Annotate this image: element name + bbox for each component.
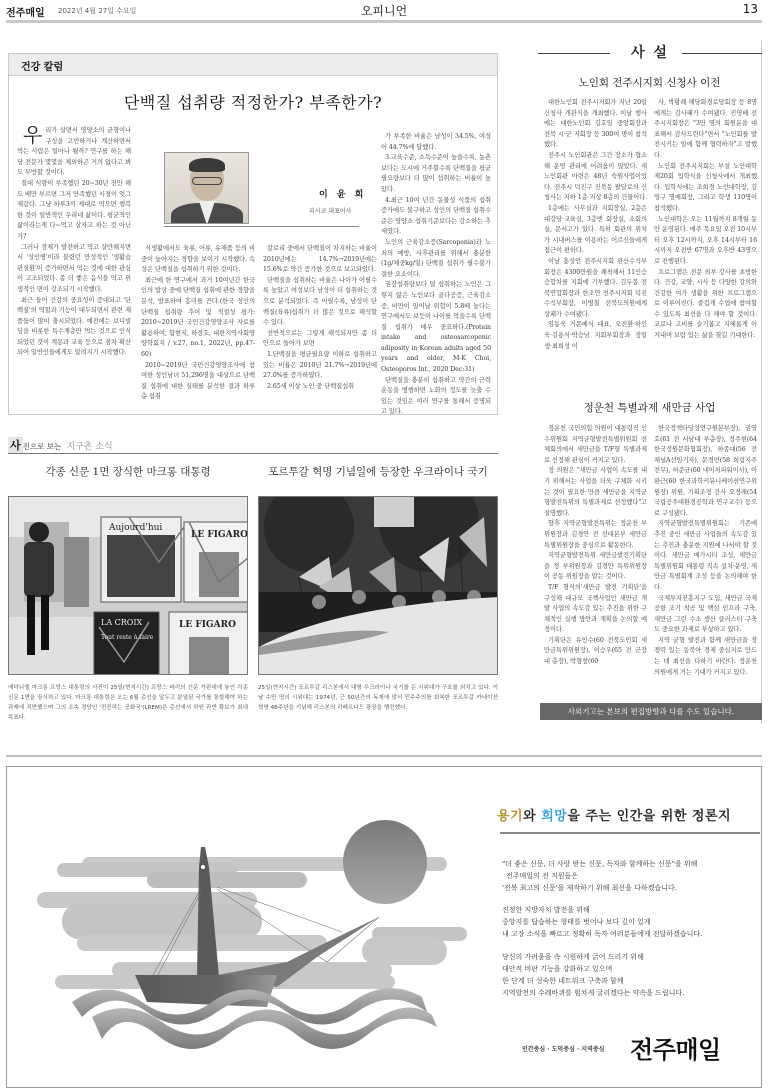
paragraph: 단백질을 충분히 섭취하고 약간의 근력운동을 병행하면 노화의 정도를 늦출 … bbox=[381, 376, 491, 418]
editorial-1-column-1: 대한노인회 전주시지회가 지난 20일 신청사 개관식을 개최했다. 이날 행사… bbox=[544, 98, 647, 352]
slogan-text: 을 주는 인간을 위한 정론지 bbox=[567, 809, 731, 824]
paragraph: 지역 균형 발전과 함께 새만금을 경쟁력 있는 동북아 경제 중심지로 만드는… bbox=[654, 636, 757, 678]
paragraph: 가 부족한 비율은 남성이 34.5%, 여성이 44.7%에 달했다. bbox=[381, 132, 491, 153]
ad-line: 내 고장 소식을 빠르고 정확히 독자 여러분들에게 전달하겠습니다. bbox=[502, 928, 702, 940]
photo-newsstand: Aujourd'hui LE FIGARO LA CROIX Tout rest… bbox=[8, 496, 248, 675]
section-divider bbox=[6, 755, 762, 757]
header-divider bbox=[6, 20, 762, 23]
article-column-1: 우 리가 살면서 영양소의 균형이나 구성을 고민하거나 계산하면서 먹는 사람… bbox=[17, 126, 131, 359]
rally-image bbox=[259, 497, 498, 675]
editorial-section: 사 설 노인회 전주시지회 신청사 이전 대한노인회 전주시지회가 지난 20일… bbox=[538, 40, 762, 724]
paragraph: 최근에 한 연구에서 과거 10여년간 한국인의 밥상 중에 단백질 섭취에 관… bbox=[141, 276, 255, 361]
paragraph: 3.교육수준, 소득수준이 높을수록, 농촌보다는 도시에 거주할수록 단백질을… bbox=[381, 153, 491, 195]
paragraph: 지역균형발전특위 새만금발전기획단을 정 부위원장과 김경안 특위위원장이 공동… bbox=[544, 551, 647, 583]
slogan-hope: 희망 bbox=[541, 809, 567, 824]
paragraph: 정 의원은 "새만금 사업이 속도를 내기 위해서는 사업을 더욱 구체화 시키… bbox=[544, 466, 647, 519]
ad-line: 대안적 비판 기능을 강화하고 있으며 bbox=[502, 963, 684, 975]
slogan-text: 와 bbox=[523, 809, 541, 824]
paragraph: 지역균형발전특별위원회는 기존에 추진 중인 새만금 사업들의 속도감 있는 추… bbox=[654, 519, 757, 593]
byline-divider bbox=[164, 226, 359, 227]
paragraph: 4.최근 10여 년간 동물성 식품의 섭취증가에도 불구하고 성인의 단백질 … bbox=[381, 196, 491, 238]
paragraph: 정운천 국민의힘 의원이 대통령직 인수위원회 지역균형발전특별위원회 전체회의… bbox=[544, 424, 647, 466]
editorial-1-column-2: 사, 박황례 해당화경로당회장 등 8명에게는 감사패가 수여됐다. 진영배 전… bbox=[654, 98, 757, 342]
ad-line: 한 단계 더 성숙한 네트워크 구축과 함께 bbox=[502, 975, 684, 987]
svg-text:LE FIGARO: LE FIGARO bbox=[179, 620, 236, 630]
ad-logo: 전주매일 bbox=[630, 1030, 721, 1065]
header-grey: 지구촌 소식 bbox=[66, 442, 112, 452]
paragraph: T/F 형식의'새만금 발전 기획단'을 구성해 대규모 국책사업인 새만금 개… bbox=[544, 583, 647, 636]
paragraph: 노인대학은 오는 11월까지 8개월 동안 운영된다. 매주 목요일 오전 10… bbox=[654, 215, 757, 268]
paragraph: 노인회 전주시지회는 부설 노인대학 제20회 입학식을 신청사에서 개최했다.… bbox=[654, 162, 757, 215]
paragraph: 향후 지역균형발전특위는 정운천 부위원장과 김경안 전 선대본부 새만금특별위… bbox=[544, 519, 647, 551]
masthead: 전주매일 2022년 4월 27일 수요일 오피니언 13 bbox=[6, 0, 762, 22]
paragraph: 노인의 근육감소증(Sarcopenia)과 노쇠의 예방, 사후관리를 위해서… bbox=[381, 238, 491, 280]
photo-headline-2: 포르투갈 혁명 기념일에 등장한 우크라이나 국기 bbox=[258, 464, 498, 479]
newsstand-image: Aujourd'hui LE FIGARO LA CROIX Tout rest… bbox=[9, 497, 248, 675]
article-column-2: 식생활에서도 육류, 어류, 유제품 등의 비중이 높아지는 경향을 보이기 시… bbox=[141, 244, 255, 403]
paragraph: 단백질을 섭취하는 비율은 나이가 어릴수록 높았고 여성보다 남성이 더 섭취… bbox=[263, 276, 377, 329]
ad-slogan: 용기와 희망을 주는 인간을 위한 정론지 bbox=[497, 805, 731, 824]
svg-text:LA CROIX: LA CROIX bbox=[101, 618, 142, 627]
editorial-header: 사 설 bbox=[538, 40, 762, 64]
paragraph: 식생활에서도 육류, 어류, 유제품 등의 비중이 높아지는 경향을 보이기 시… bbox=[141, 244, 255, 276]
ad-line: 진정한 지방자치 발전을 위해 bbox=[502, 904, 702, 916]
author-title: 피시코 대표이사 bbox=[309, 206, 351, 215]
ad-line: "더 좋은 신문, 더 사랑 받는 신문, 독자와 함께하는 신문"을 위해 bbox=[502, 858, 697, 870]
ad-paragraph-2: 진정한 지방자치 발전을 위해 중앙지를 답습하는 형태를 벗어나 보다 깊이 … bbox=[502, 904, 702, 940]
ad-paragraph-3: 당신의 가려움을 속 시원하게 긁어 드리기 위해 대안적 비판 기능을 강화하… bbox=[502, 951, 684, 999]
article-column-4: 가 부족한 비율은 남성이 34.5%, 여성이 44.7%에 달했다. 3.교… bbox=[381, 132, 491, 418]
section-title: 오피니언 bbox=[6, 2, 762, 19]
paragraph: 1.단백질을 평균필요량 이하로 섭취하고 있는 비율은 2010년 21.7%… bbox=[263, 350, 377, 382]
page-number: 13 bbox=[743, 2, 758, 16]
paragraph: 절대 식량이 부족했던 20~30년 전만 해도 배만 부르면 그저 만족했던 … bbox=[17, 179, 131, 243]
header-small: 진으로 보는 bbox=[23, 442, 62, 451]
article-column-3: 칼로리 중에서 단백질이 차지하는 비율이 2010년에는 14.7%→2019… bbox=[263, 244, 377, 392]
ad-line: 중앙지를 답습하는 형태를 벗어나 보다 깊이 있게 bbox=[502, 916, 702, 928]
health-column: 건강 칼럼 단백질 섭취량 적정한가? 부족한가? 우 리가 살면서 영양소의 … bbox=[8, 53, 498, 415]
editorial-2-column-2: 한국정책타당성연구원본부장), 권영호(61 전 서남대 부총장), 정주현(6… bbox=[654, 424, 757, 678]
ship-illustration bbox=[17, 777, 487, 1077]
svg-text:Aujourd'hui: Aujourd'hui bbox=[108, 523, 162, 533]
paragraph: 그러나 경제가 발전하고 먹고 살만해지면서 '성인병'이라 불렸던 만성적인 … bbox=[17, 243, 131, 296]
paragraph: 전반적으로는 그렇게 해석되지만 좀 더 안으로 들어가 보면 bbox=[263, 329, 377, 350]
paragraph: 칼로리 중에서 단백질이 차지하는 비율이 2010년에는 14.7%→2019… bbox=[263, 244, 377, 276]
column-kicker: 건강 칼럼 bbox=[9, 54, 497, 76]
author-name: 이 윤 희 bbox=[319, 187, 366, 200]
paragraph: 2.65세 이상 노인 중 단백질섭취 bbox=[263, 382, 377, 393]
editorial-headline-2: 정운천 특별과제 새만금 사업 bbox=[538, 400, 761, 415]
header-initial: 사 bbox=[8, 437, 23, 453]
ad-line: 지역발전의 수레바퀴를 힘차게 굴리겠다는 약속을 드립니다. bbox=[502, 987, 684, 999]
paragraph: 전주시 노인회관은 그간 장소가 협소해 운영 관리에 어려움이 많았다. 새 … bbox=[544, 151, 647, 204]
author-photo bbox=[164, 152, 249, 224]
paragraph: 대한노인회 전주시지회가 지난 20일 신청사 개관식을 개최했다. 이날 행사… bbox=[544, 98, 647, 151]
photo-caption-2: 25일(현지시간) 포르투갈 리스본에서 대형 우크라이나 국기를 든 시위대가… bbox=[258, 683, 498, 713]
slogan-courage: 용기 bbox=[497, 809, 523, 824]
paragraph: 이날 홍성언 전주시지회 완산수석부회장은 4300만원을 쾌척해서 11인승 … bbox=[544, 257, 647, 321]
photo-rally bbox=[258, 496, 498, 675]
paragraph: 권장섭취량보다 덜 섭취하는 노인은 그렇지 않은 노인보다 골다공증, 근육감… bbox=[381, 280, 491, 375]
photo-headline-1: 각종 신문 1면 장식한 마크롱 대통령 bbox=[8, 464, 248, 479]
photo-news-header: 사진으로 보는 지구촌 소식 bbox=[8, 434, 498, 454]
paragraph: 한국정책타당성연구원본부장), 권영호(61 전 서남대 부총장), 정주현(6… bbox=[654, 424, 757, 519]
svg-text:Tout reste à faire: Tout reste à faire bbox=[101, 634, 154, 641]
editorial-headline-1: 노인회 전주시지회 신청사 이전 bbox=[538, 75, 761, 90]
photo-caption-1: 에마뉘엘 마크롱 프랑스 대통령의 사진이 25일(현지시간) 프랑스 파리의 … bbox=[8, 683, 248, 723]
ad-motto: 인간중심 · 도덕중심 · 지역중심 bbox=[522, 1044, 604, 1053]
editorial-label: 사 설 bbox=[538, 42, 762, 62]
paragraph: 2010~2019년 국민건강영양조사에 참여한 성인남녀 51,296명을 대… bbox=[141, 361, 255, 403]
ad-line: 전주매일의 전 직원들은 bbox=[502, 870, 697, 882]
editorial-disclaimer: 사외기고는 본보의 편집방향과 다를 수도 있습니다. bbox=[540, 703, 762, 720]
paragraph: 국제투자진흥지구 도입, 새만금 국제공항 조기 착공 및 핵심 인프라 구축,… bbox=[654, 594, 757, 636]
paragraph: 1층에는 사무실과 지회장실, 2층은 대강당·교육실, 3층엔 회장실, 소회… bbox=[544, 204, 647, 257]
paragraph: 최근 들어 건강의 중요성이 증대되고 '단백질'의 역할과 기능이 대두되면서… bbox=[17, 296, 131, 360]
svg-text:LE FIGARO: LE FIGARO bbox=[191, 530, 248, 540]
ad-divider bbox=[500, 832, 760, 834]
paragraph: 사, 박황례 해당화경로당회장 등 8명에게는 감사패가 수여됐다. 진영배 전… bbox=[654, 98, 757, 162]
article-headline: 단백질 섭취량 적정한가? 부족한가? bbox=[9, 90, 497, 113]
dropcap: 우 bbox=[23, 126, 42, 144]
paragraph: 기획단은 유인수(60 전북도민회 새만금특위위원장), 이승우(65 전 군장… bbox=[544, 636, 647, 668]
ad-paragraph-1: "더 좋은 신문, 더 사랑 받는 신문, 독자와 함께하는 신문"을 위해 전… bbox=[502, 858, 697, 894]
paragraph: 프로그램은 전문 외부 강사를 초빙한다. 건강, 교양, 시사 등 다양한 강… bbox=[654, 268, 757, 342]
editorial-2-column-1: 정운천 국민의힘 의원이 대통령직 인수위원회 지역균형발전특별위원회 전체회의… bbox=[544, 424, 647, 668]
ad-line: '전북 최고의 신문'을 제작하기 위해 최선을 다하겠습니다. bbox=[502, 882, 697, 894]
ad-line: 당신의 가려움을 속 시원하게 긁어 드리기 위해 bbox=[502, 951, 684, 963]
paragraph: 임동욱 거문예식 대표, 오진환·하인욱·김용식·박승남 지회부회장과 정일생·… bbox=[544, 320, 647, 352]
